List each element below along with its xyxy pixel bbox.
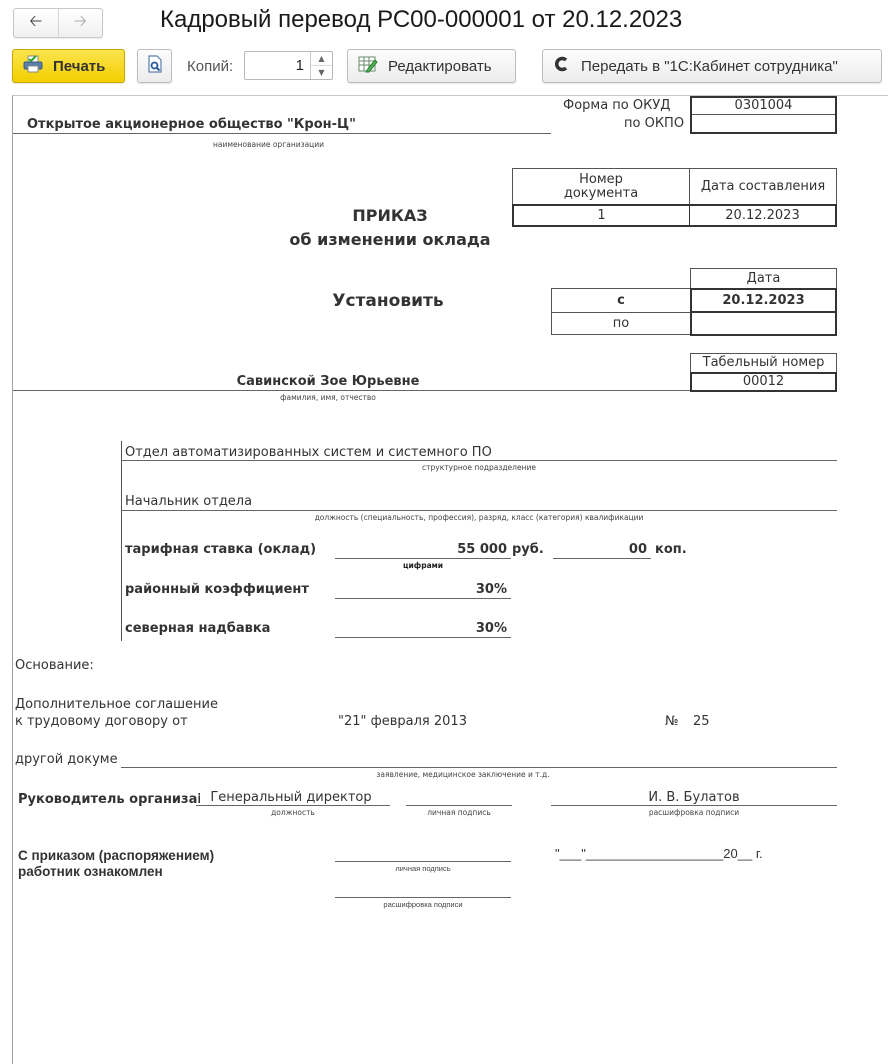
doc-number-header: Номер документа bbox=[512, 168, 690, 205]
from-date-value: 20.12.2023 bbox=[722, 294, 804, 308]
doc-number-value: 1 bbox=[597, 209, 605, 223]
doc-date-header: Дата составления bbox=[689, 168, 837, 205]
employee-name: Савинской Зое Юрьевне bbox=[163, 374, 493, 389]
salary-kop-underline bbox=[553, 558, 651, 559]
ack-signature-caption: личная подпись bbox=[335, 864, 511, 873]
ack-name-underline bbox=[335, 897, 511, 898]
head-name: И. В. Булатов bbox=[551, 790, 837, 805]
printer-icon bbox=[23, 55, 43, 77]
head-position-underline bbox=[196, 805, 390, 806]
from-label-cell: с bbox=[551, 288, 691, 313]
doc-date-header-text: Дата составления bbox=[701, 180, 825, 194]
okud-divider bbox=[692, 114, 835, 115]
okud-label: Форма по ОКУД bbox=[563, 98, 670, 113]
head-name-underline bbox=[551, 805, 837, 806]
to-date-cell bbox=[690, 311, 837, 336]
agreement-line1: Дополнительное соглашение bbox=[15, 697, 218, 712]
kop-label: коп. bbox=[655, 542, 687, 557]
regional-coef-underline bbox=[335, 598, 511, 599]
tab-number-header-text: Табельный номер bbox=[703, 356, 825, 370]
agreement-number: 25 bbox=[693, 714, 710, 729]
stepper-up-icon[interactable]: ▲ bbox=[311, 52, 332, 65]
document-preview: Открытое акционерное общество "Крон-Ц" н… bbox=[12, 95, 888, 1064]
copies-input[interactable]: 1 ▲ ▼ bbox=[244, 51, 333, 80]
to-label-cell: по bbox=[551, 312, 691, 335]
doc-date-value: 20.12.2023 bbox=[725, 209, 799, 223]
print-label: Печать bbox=[53, 58, 105, 75]
position-value: Начальник отдела bbox=[125, 494, 252, 509]
print-preview-icon bbox=[148, 55, 162, 77]
northern-bonus-value: 30% bbox=[335, 621, 507, 636]
ack-date: "___"___________________20__ г. bbox=[555, 846, 763, 861]
ack-name-caption: расшифровка подписи bbox=[335, 900, 511, 909]
regional-coef-value: 30% bbox=[335, 582, 507, 597]
other-doc-caption: заявление, медицинское заключение и т.д. bbox=[313, 770, 613, 779]
arrow-right-icon: 🡢 bbox=[74, 10, 87, 37]
head-name-caption: расшифровка подписи bbox=[551, 808, 837, 817]
organization-name: Открытое акционерное общество "Крон-Ц" bbox=[27, 117, 356, 132]
copies-value[interactable]: 1 bbox=[245, 52, 310, 79]
head-position: Генеральный директор bbox=[196, 790, 386, 805]
other-doc-underline bbox=[121, 767, 837, 768]
rub-label: руб. bbox=[512, 542, 544, 557]
page-title: Кадровый перевод РС00-000001 от 20.12.20… bbox=[160, 6, 682, 34]
order-title: ПРИКАЗ bbox=[265, 206, 515, 225]
ack-line2: работник ознакомлен bbox=[18, 864, 163, 879]
navigation-buttons: 🡠 🡢 bbox=[13, 8, 103, 38]
print-button[interactable]: Печать bbox=[12, 49, 125, 83]
organization-caption: наименование организации bbox=[213, 140, 324, 149]
arrow-left-icon: 🡠 bbox=[29, 10, 42, 37]
head-label: Руководитель организаі bbox=[18, 792, 200, 807]
salary-rub-value: 55 000 bbox=[335, 542, 507, 557]
from-date-cell: 20.12.2023 bbox=[690, 288, 837, 313]
copies-stepper[interactable]: ▲ ▼ bbox=[310, 52, 332, 79]
okpo-label: по ОКПО bbox=[624, 116, 684, 131]
employee-caption: фамилия, имя, отчество bbox=[163, 393, 493, 402]
ack-line1: С приказом (распоряжением) bbox=[18, 848, 214, 863]
forward-button[interactable]: 🡢 bbox=[58, 9, 103, 37]
agreement-line2: к трудовому договору от bbox=[15, 714, 188, 729]
salary-label: тарифная ставка (оклад) bbox=[125, 542, 316, 557]
digits-caption: цифрами bbox=[373, 561, 473, 570]
tab-number-header: Табельный номер bbox=[690, 353, 837, 373]
edit-table-icon bbox=[358, 55, 378, 77]
salary-kop-value: 00 bbox=[553, 542, 647, 557]
tab-number-cell: 00012 bbox=[690, 372, 837, 392]
toolbar: Печать Копий: 1 ▲ ▼ Редактировать bbox=[0, 49, 888, 85]
edit-button[interactable]: Редактировать bbox=[347, 49, 516, 83]
department-value: Отдел автоматизированных систем и систем… bbox=[125, 445, 492, 460]
edit-label: Редактировать bbox=[388, 58, 492, 75]
doc-number-cell: 1 bbox=[512, 204, 690, 227]
salary-rub-underline bbox=[335, 558, 511, 559]
organization-underline bbox=[13, 133, 551, 134]
date-header: Дата bbox=[690, 268, 837, 289]
okud-value: 0301004 bbox=[690, 98, 837, 113]
employee-underline bbox=[13, 390, 690, 391]
1c-cabinet-icon bbox=[555, 56, 569, 76]
print-preview-button[interactable] bbox=[137, 49, 172, 83]
transfer-label: Передать в "1С:Кабинет сотрудника" bbox=[581, 58, 838, 75]
establish-label: Установить bbox=[313, 291, 463, 311]
back-button[interactable]: 🡠 bbox=[14, 9, 58, 37]
doc-number-header-text: Номер документа bbox=[556, 173, 646, 201]
agreement-date: "21" февраля 2013 bbox=[338, 714, 467, 729]
head-position-caption: должность bbox=[196, 808, 390, 817]
to-label: по bbox=[613, 317, 629, 331]
northern-bonus-label: северная надбавка bbox=[125, 621, 270, 636]
from-label: с bbox=[617, 294, 625, 308]
department-caption: структурное подразделение bbox=[121, 463, 837, 472]
other-doc-label: другой докуме bbox=[15, 752, 123, 767]
department-underline bbox=[121, 460, 837, 461]
ack-signature-underline bbox=[335, 861, 511, 862]
head-signature-underline bbox=[406, 805, 512, 806]
tab-number-value: 00012 bbox=[743, 375, 784, 389]
transfer-to-cabinet-button[interactable]: Передать в "1С:Кабинет сотрудника" bbox=[542, 49, 882, 83]
order-subtitle: об изменении оклада bbox=[265, 230, 515, 249]
position-underline bbox=[121, 510, 837, 511]
agreement-number-label: № bbox=[665, 714, 679, 729]
northern-bonus-underline bbox=[335, 637, 511, 638]
date-header-text: Дата bbox=[747, 272, 781, 286]
doc-date-cell: 20.12.2023 bbox=[689, 204, 837, 227]
basis-label: Основание: bbox=[15, 658, 94, 673]
stepper-down-icon[interactable]: ▼ bbox=[311, 65, 332, 79]
regional-coef-label: районный коэффициент bbox=[125, 582, 309, 597]
position-caption: должность (специальность, профессия), ра… bbox=[121, 513, 837, 522]
head-signature-caption: личная подпись bbox=[406, 808, 512, 817]
copies-label: Копий: bbox=[187, 58, 233, 75]
